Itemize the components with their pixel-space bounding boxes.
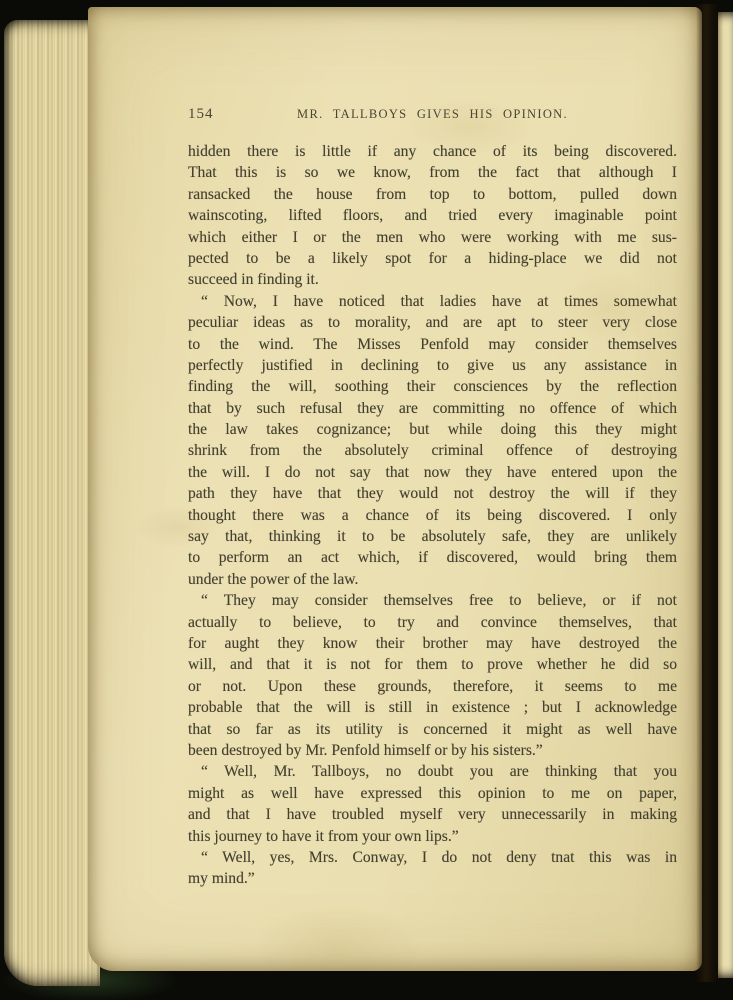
- text-line: pected to be a likely spot for a hiding-…: [188, 248, 677, 269]
- text-line: hidden there is little if any chance of …: [188, 141, 677, 162]
- text-line: been destroyed by Mr. Penfold himself or…: [188, 740, 677, 761]
- text-line: the law takes cognizance; but while doin…: [188, 419, 677, 440]
- text-line: thought there was a chance of its being …: [188, 505, 677, 526]
- paragraph: “ Well, Mr. Tallboys, no doubt you are t…: [188, 761, 677, 847]
- right-facing-page-edge: [716, 12, 733, 978]
- text-line: peculiar ideas as to morality, and are a…: [188, 312, 677, 333]
- text-line: will, and that it is not for them to pro…: [188, 654, 677, 675]
- text-line: and that I have troubled myself very unn…: [188, 804, 677, 825]
- running-head: MR. TALLBOYS GIVES HIS OPINION.: [188, 107, 677, 122]
- text-line: to perform an act which, if discovered, …: [188, 547, 677, 568]
- book-page: 154 MR. TALLBOYS GIVES HIS OPINION. hidd…: [88, 7, 702, 971]
- text-line: path they have that they would not destr…: [188, 483, 677, 504]
- page-body: hidden there is little if any chance of …: [188, 141, 677, 890]
- scanned-book-photo: 154 MR. TALLBOYS GIVES HIS OPINION. hidd…: [0, 0, 733, 1000]
- paragraph: “ Now, I have noticed that ladies have a…: [188, 291, 677, 590]
- text-line: perfectly justified in declining to give…: [188, 355, 677, 376]
- left-page-edges: [4, 20, 100, 986]
- text-line: to the wind. The Misses Penfold may cons…: [188, 334, 677, 355]
- paragraph: hidden there is little if any chance of …: [188, 141, 677, 291]
- text-line: ransacked the house from top to bottom, …: [188, 184, 677, 205]
- text-line: under the power of the law.: [188, 569, 677, 590]
- text-line: say that, thinking it to be absolutely s…: [188, 526, 677, 547]
- text-line: probable that the will is still in exist…: [188, 697, 677, 718]
- text-line: my mind.”: [188, 868, 677, 889]
- text-line: this journey to have it from your own li…: [188, 826, 677, 847]
- text-line: might as well have expressed this opinio…: [188, 783, 677, 804]
- text-line: or not. Upon these grounds, therefore, i…: [188, 676, 677, 697]
- text-line: that by such refusal they are committing…: [188, 398, 677, 419]
- text-line: for aught they know their brother may ha…: [188, 633, 677, 654]
- text-line: “ Now, I have noticed that ladies have a…: [188, 291, 677, 312]
- text-line: succeed in finding it.: [188, 269, 677, 290]
- paragraph: “ Well, yes, Mrs. Conway, I do not deny …: [188, 847, 677, 890]
- text-line: “ Well, Mr. Tallboys, no doubt you are t…: [188, 761, 677, 782]
- text-line: wainscoting, lifted floors, and tried ev…: [188, 205, 677, 226]
- text-line: “ Well, yes, Mrs. Conway, I do not deny …: [188, 847, 677, 868]
- gutter-shadow: [696, 4, 718, 982]
- text-line: the will. I do not say that now they hav…: [188, 462, 677, 483]
- text-line: “ They may consider themselves free to b…: [188, 590, 677, 611]
- text-line: which either I or the men who were worki…: [188, 227, 677, 248]
- paragraph: “ They may consider themselves free to b…: [188, 590, 677, 761]
- text-line: that so far as its utility is concerned …: [188, 719, 677, 740]
- text-line: finding the will, soothing their conscie…: [188, 376, 677, 397]
- text-line: actually to believe, to try and convince…: [188, 612, 677, 633]
- text-line: shrink from the absolutely criminal offe…: [188, 440, 677, 461]
- page-header: 154 MR. TALLBOYS GIVES HIS OPINION.: [188, 104, 677, 126]
- text-line: That this is so we know, from the fact t…: [188, 162, 677, 183]
